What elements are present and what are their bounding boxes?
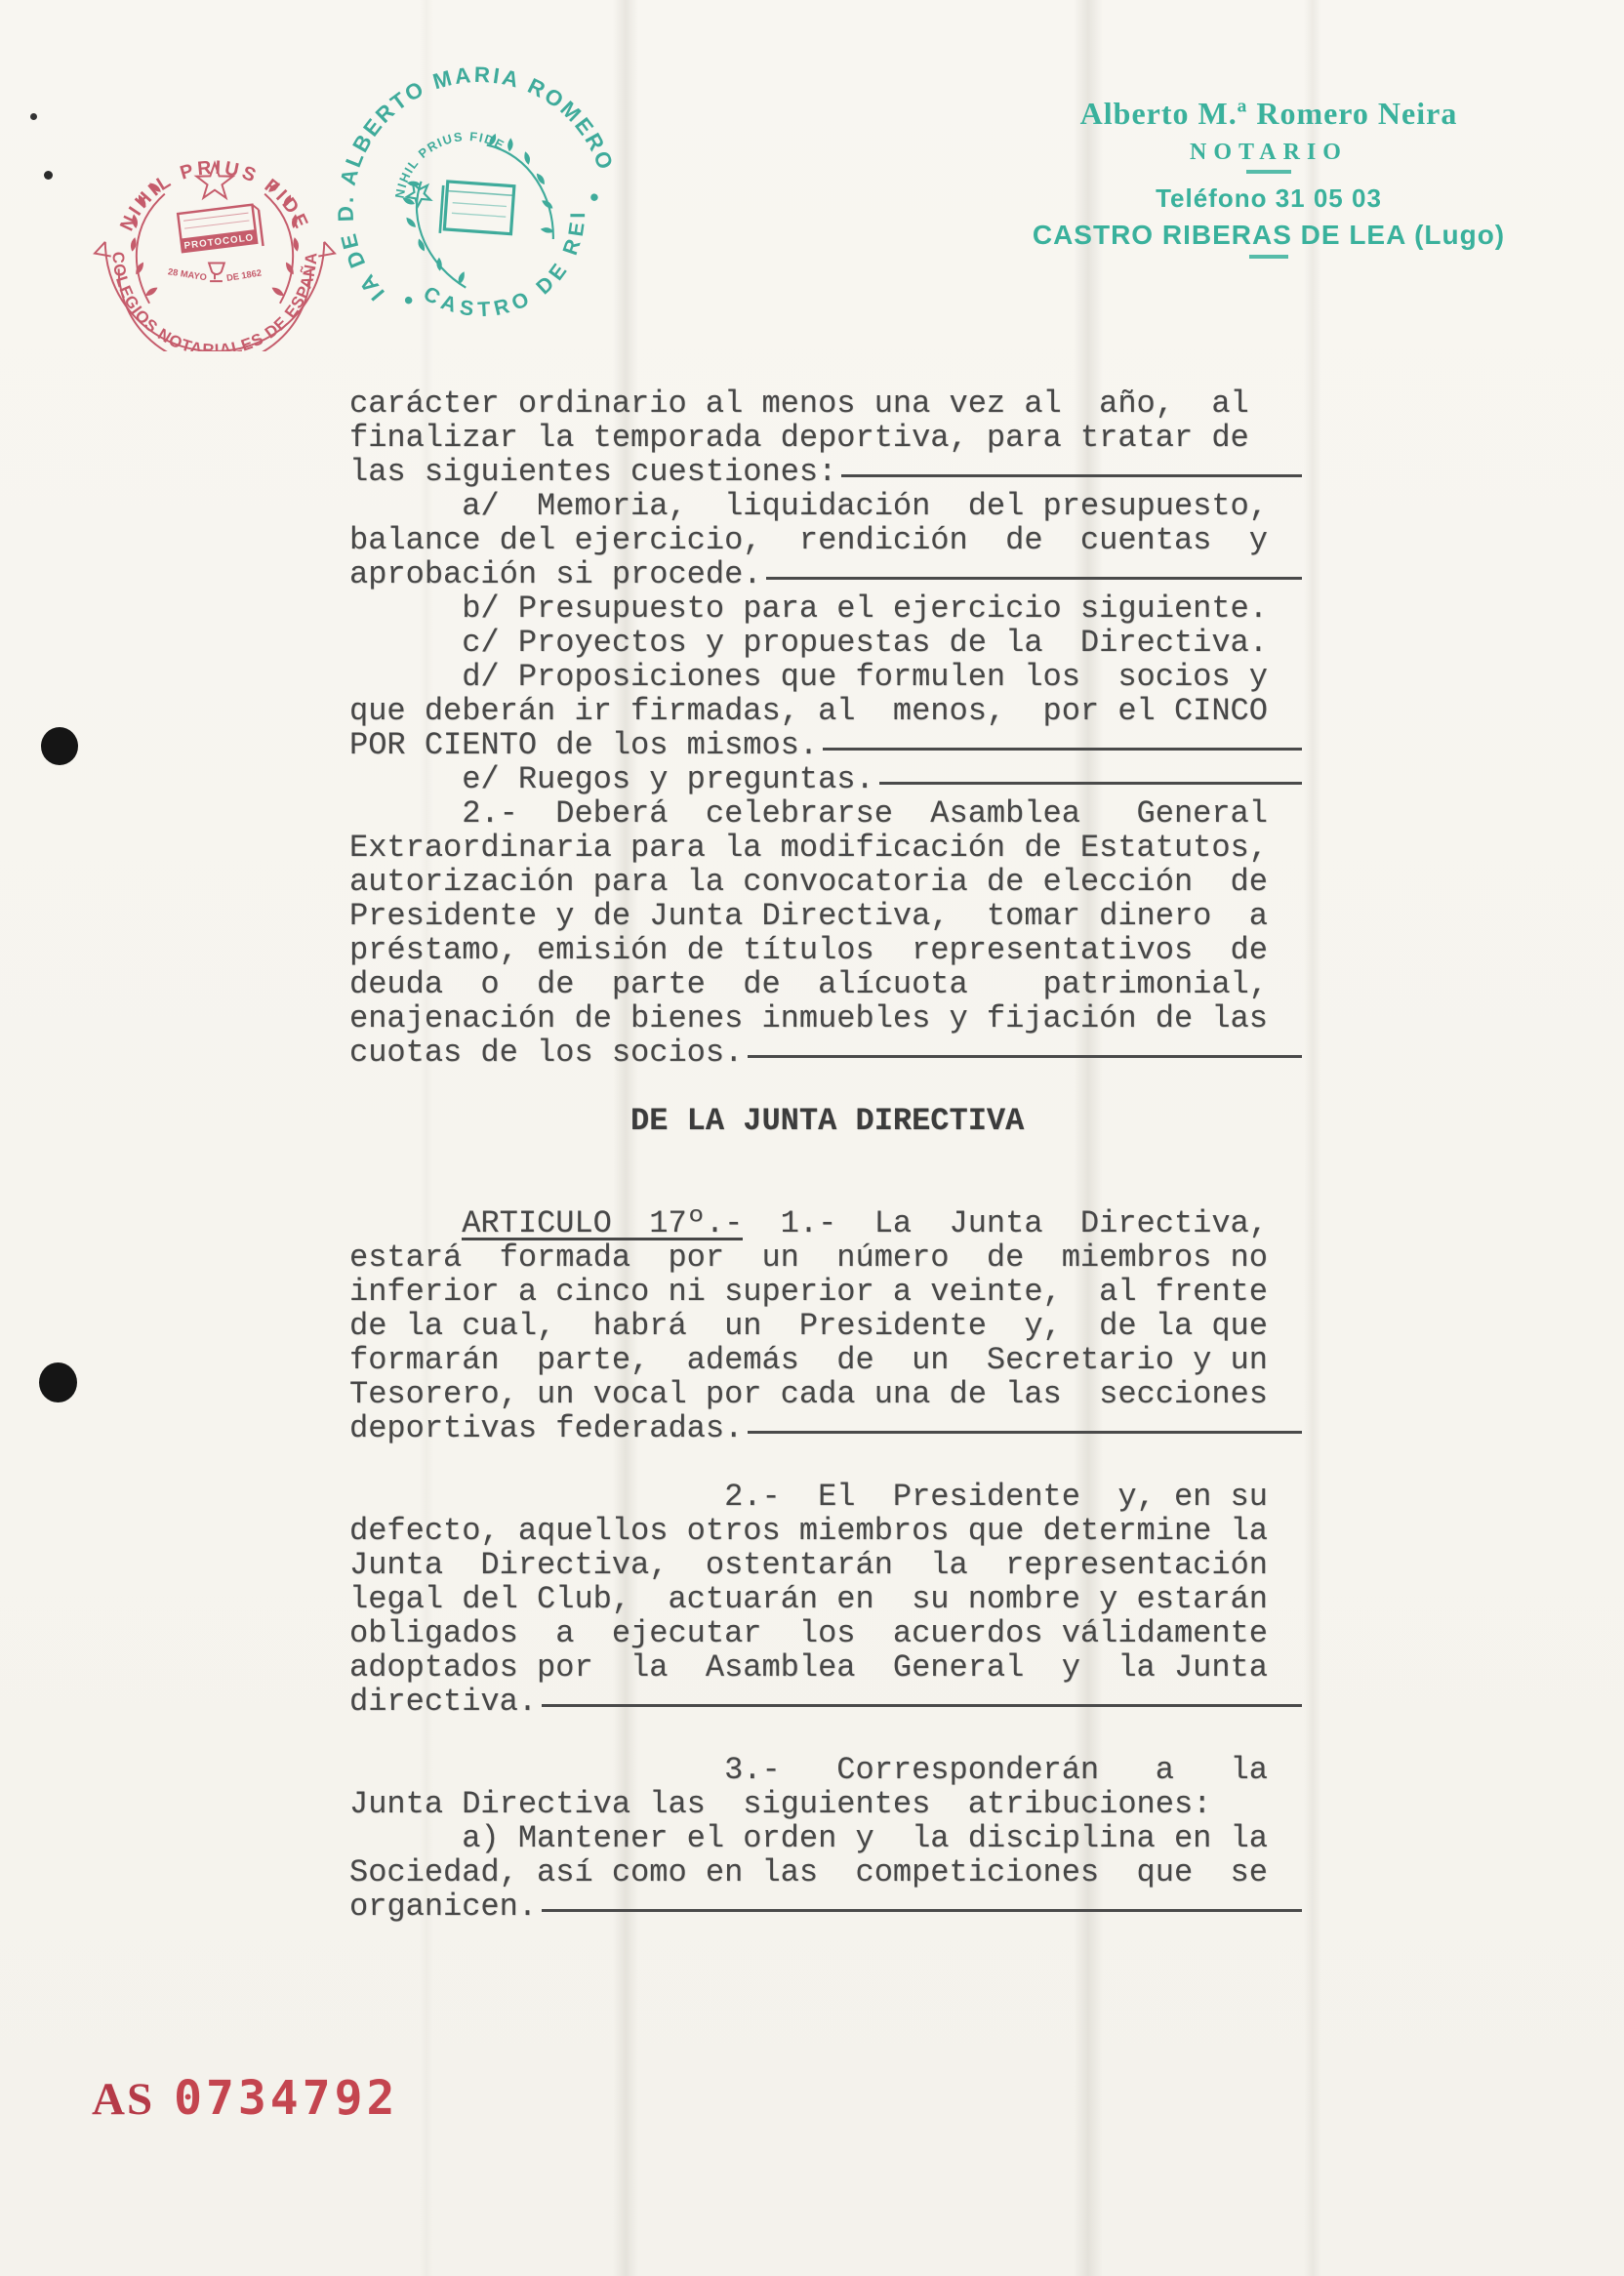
body-line: enajenación de bienes inmuebles y fijaci… [349,1001,1304,1036]
body-text: ARTICULO 17º.- [462,1206,743,1240]
body-text: defecto, aquellos otros miembros que det… [349,1514,1268,1548]
body-text: de la cual, habrá un Presidente y, de la… [349,1309,1268,1343]
body-line: las siguientes cuestiones: [349,455,1304,489]
body-text: e/ Ruegos y preguntas. [349,762,874,796]
body-line: finalizar la temporada deportiva, para t… [349,421,1304,455]
body-text: organicen. [349,1890,537,1924]
body-line: deuda o de parte de alícuota patrimonial… [349,967,1304,1001]
body-text [349,1206,462,1240]
notary-phone: Teléfono 31 05 03 [1005,183,1532,214]
svg-text:DE 1862: DE 1862 [225,267,262,283]
body-line: Junta Directiva las siguientes atribucio… [349,1787,1304,1821]
filler-rule [748,1431,1302,1434]
filler-rule [748,1055,1302,1058]
body-text: carácter ordinario al menos una vez al a… [349,386,1249,421]
body-text: 2.- Deberá celebrarse Asamblea General [349,796,1268,831]
body-text: autorización para la convocatoria de ele… [349,865,1268,899]
body-line [349,1445,1304,1480]
svg-text:28 MAYO: 28 MAYO [167,266,207,282]
body-text: c/ Proyectos y propuestas de la Directiv… [349,626,1268,660]
body-text: Sociedad, así como en las competiciones … [349,1855,1268,1890]
body-text: 3.- Corresponderán a la [349,1753,1268,1787]
document-lines: carácter ordinario al menos una vez al a… [349,386,1304,1924]
body-line: legal del Club, actuarán en su nombre y … [349,1582,1304,1616]
body-text: directiva. [349,1685,537,1719]
punch-hole [41,727,78,765]
body-text: 1.- La Junta Directiva, [743,1206,1268,1240]
scan-streak [1304,0,1321,2276]
body-line [349,1172,1304,1206]
body-text: deuda o de parte de alícuota patrimonial… [349,967,1268,1001]
body-line: cuotas de los socios. [349,1036,1304,1070]
body-text: adoptados por la Asamblea General y la J… [349,1650,1268,1685]
body-line: POR CIENTO de los mismos. [349,728,1304,762]
body-line: e/ Ruegos y preguntas. [349,762,1304,796]
body-line [349,1070,1304,1104]
body-text: POR CIENTO de los mismos. [349,728,818,762]
protocolo-book-icon: PROTOCOLO [178,204,263,256]
punch-hole [39,1362,77,1402]
filler-rule [823,748,1302,751]
filler-rule [879,782,1302,785]
serial-prefix: AS [92,2073,154,2126]
body-text: cuotas de los socios. [349,1036,743,1070]
body-line: adoptados por la Asamblea General y la J… [349,1650,1304,1685]
body-line: obligados a ejecutar los acuerdos válida… [349,1616,1304,1650]
body-text: b/ Presupuesto para el ejercicio siguien… [349,591,1268,626]
body-line: 2.- Deberá celebrarse Asamblea General [349,796,1304,831]
body-line: autorización para la convocatoria de ele… [349,865,1304,899]
body-line: defecto, aquellos otros miembros que det… [349,1514,1304,1548]
body-line: a/ Memoria, liquidación del presupuesto, [349,489,1304,523]
body-text: inferior a cinco ni superior a veinte, a… [349,1275,1268,1309]
body-text: DE LA JUNTA DIRECTIVA [349,1104,1024,1138]
serial-digits: 0734792 [174,2071,398,2126]
tilted-book-icon [440,182,514,238]
body-line: Sociedad, así como en las competiciones … [349,1855,1304,1890]
body-line [349,1719,1304,1753]
body-line: carácter ordinario al menos una vez al a… [349,386,1304,421]
notary-city: CASTRO RIBERAS DE LEA (Lugo) [1005,220,1532,251]
body-text: aprobación si procede. [349,557,761,591]
body-line: b/ Presupuesto para el ejercicio siguien… [349,591,1304,626]
body-line: Extraordinaria para la modificación de E… [349,831,1304,865]
body-text: a/ Memoria, liquidación del presupuesto, [349,489,1268,523]
body-text: d/ Proposiciones que formulen los socios… [349,660,1268,694]
body-line: directiva. [349,1685,1304,1719]
body-line: ARTICULO 17º.- 1.- La Junta Directiva, [349,1206,1304,1240]
body-line: Junta Directiva, ostentarán la represent… [349,1548,1304,1582]
body-text: formarán parte, además de un Secretario … [349,1343,1268,1377]
filler-rule [542,1704,1302,1707]
notary-header-stamp: Alberto M.ª Romero Neira NOTARIO Teléfon… [1005,96,1532,259]
body-text: préstamo, emisión de títulos representat… [349,933,1268,967]
body-line: c/ Proyectos y propuestas de la Directiv… [349,626,1304,660]
scanned-notarial-page: PROTOCOLO NIHIL PRIUS FIDE COLEGIOS NOTA… [0,0,1624,2276]
body-text: a) Mantener el orden y la disciplina en … [349,1821,1268,1855]
body-line: formarán parte, además de un Secretario … [349,1343,1304,1377]
body-line: de la cual, habrá un Presidente y, de la… [349,1309,1304,1343]
body-line: inferior a cinco ni superior a veinte, a… [349,1275,1304,1309]
body-line: 2.- El Presidente y, en su [349,1480,1304,1514]
body-line: a) Mantener el orden y la disciplina en … [349,1821,1304,1855]
body-text: obligados a ejecutar los acuerdos válida… [349,1616,1268,1650]
body-text: finalizar la temporada deportiva, para t… [349,421,1249,455]
body-line: d/ Proposiciones que formulen los socios… [349,660,1304,694]
body-text: Extraordinaria para la modificación de E… [349,831,1268,865]
filler-rule [542,1909,1302,1912]
body-line: Tesorero, un vocal por cada una de las s… [349,1377,1304,1411]
body-text: que deberán ir firmadas, al menos, por e… [349,694,1268,728]
body-text: Tesorero, un vocal por cada una de las s… [349,1377,1268,1411]
body-line: organicen. [349,1890,1304,1924]
page-serial-number: AS 0734792 [92,2071,398,2126]
filler-rule [766,577,1302,580]
body-line [349,1138,1304,1172]
body-text: las siguientes cuestiones: [349,455,836,489]
ink-speck [44,171,53,180]
body-line: deportivas federadas. [349,1411,1304,1445]
body-line: aprobación si procede. [349,557,1304,591]
stamp-divider [1246,170,1291,174]
body-line: estará formada por un número de miembros… [349,1240,1304,1275]
body-line: DE LA JUNTA DIRECTIVA [349,1104,1304,1138]
body-text: 2.- El Presidente y, en su [349,1480,1268,1514]
body-line: préstamo, emisión de títulos representat… [349,933,1304,967]
body-text: Presidente y de Junta Directiva, tomar d… [349,899,1268,933]
body-text: balance del ejercicio, rendición de cuen… [349,523,1268,557]
notary-title: NOTARIO [1005,140,1532,166]
body-text: legal del Club, actuarán en su nombre y … [349,1582,1268,1616]
green-notary-seal: NOTARIA DE D. ALBERTO MARIA ROMERO NEIRA… [265,0,690,420]
body-line: 3.- Corresponderán a la [349,1753,1304,1787]
body-line: balance del ejercicio, rendición de cuen… [349,523,1304,557]
body-text: estará formada por un número de miembros… [349,1240,1268,1275]
body-text: deportivas federadas. [349,1411,743,1445]
body-line: que deberán ir firmadas, al menos, por e… [349,694,1304,728]
body-text: enajenación de bienes inmuebles y fijaci… [349,1001,1268,1036]
body-text: Junta Directiva las siguientes atribucio… [349,1787,1211,1821]
body-text: Junta Directiva, ostentarán la represent… [349,1548,1268,1582]
stamp-divider [1249,255,1288,259]
filler-rule [841,474,1302,477]
notary-name: Alberto M.ª Romero Neira [1005,96,1532,132]
body-line: Presidente y de Junta Directiva, tomar d… [349,899,1304,933]
ink-speck [30,113,37,120]
